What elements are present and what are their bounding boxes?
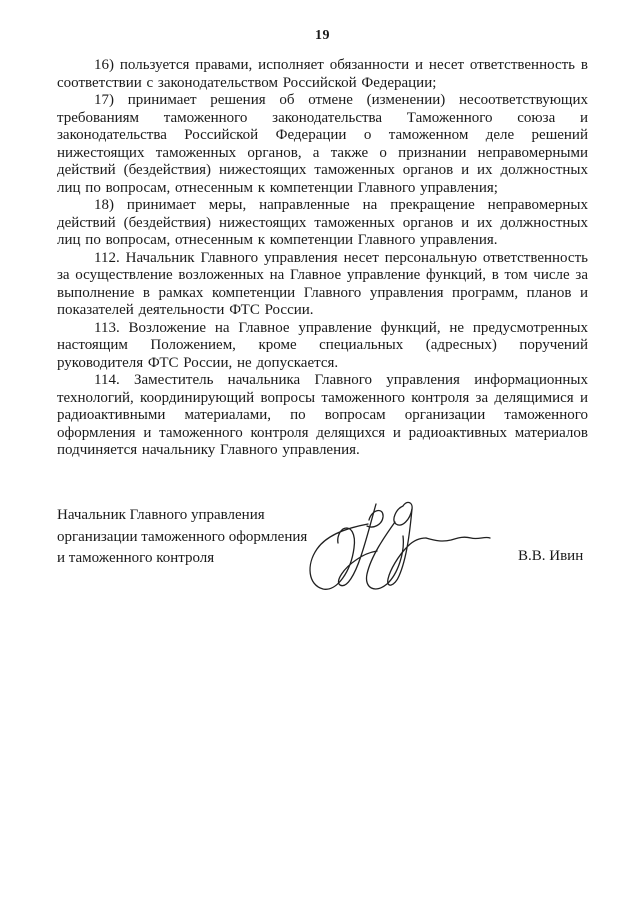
document-page: 19 16) пользуется правами, исполняет обя… (0, 0, 640, 900)
paragraph-17: 17) принимает решения об отмене (изменен… (57, 92, 588, 197)
paragraph-112: 112. Начальник Главного управления несет… (57, 250, 588, 320)
handwritten-signature (290, 494, 492, 596)
paragraph-18: 18) принимает меры, направленные на прек… (57, 197, 588, 250)
document-body: 16) пользуется правами, исполняет обязан… (57, 57, 588, 460)
signatory-name: В.В. Ивин (518, 548, 583, 565)
signature-position-line-1: Начальник Главного управления (57, 505, 317, 527)
signature-position-line-3: и таможенного контроля (57, 548, 317, 570)
page-number: 19 (57, 28, 588, 44)
paragraph-113: 113. Возложение на Главное управление фу… (57, 320, 588, 373)
paragraph-16: 16) пользуется правами, исполняет обязан… (57, 57, 588, 92)
signature-position-block: Начальник Главного управления организаци… (57, 505, 317, 570)
paragraph-114: 114. Заместитель начальника Главного упр… (57, 372, 588, 460)
signature-position-line-2: организации таможенного оформления (57, 527, 317, 549)
